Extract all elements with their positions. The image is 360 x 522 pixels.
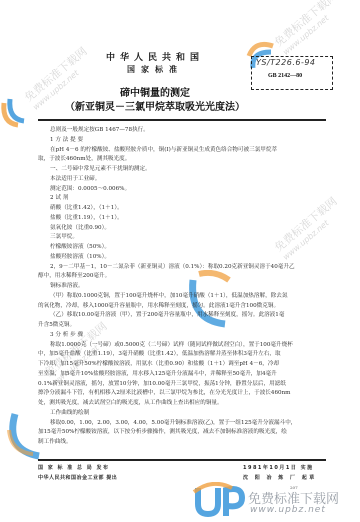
body-line: 盐酸羟胺溶液（10%）。 xyxy=(38,253,338,263)
body-line: 本法适用于工业碲。 xyxy=(38,175,338,185)
body-line: 取，于波长460nm处，测其吸光度。 xyxy=(38,155,326,165)
body-line: 下冷却，加15毫升50%柠檬酸铵溶液，用氨水（比重0.90）和盐酸（1＋1）调至… xyxy=(38,360,326,370)
body-line: 升含5微克铜。 xyxy=(38,321,326,331)
body-line: 2，9－二甲基－1，10－二氮杂菲（新亚铜灵）溶液（0.1%）：称取0.20克新… xyxy=(38,263,338,273)
body-line: 工作曲线的绘制 xyxy=(38,409,338,419)
body-line: 醇中，用水稀释至200毫升。 xyxy=(38,272,326,282)
up-logo-icon xyxy=(192,482,248,518)
body-line: 柠檬酸铵溶液（50%）。 xyxy=(38,243,338,253)
body-line: 中，加5毫升盐酸（比重1.19），3毫升硝酸（比重1.42），低温加热溶解并蒸至… xyxy=(38,350,326,360)
up-logo-icon xyxy=(0,95,36,131)
body-line: 一、二号碲中常见元素不干扰铜的测定。 xyxy=(38,165,338,175)
handwritten-code: YS/T226.6-94 xyxy=(256,58,316,67)
standard-code-box: YS/T226.6-94 GB 2142—80 xyxy=(251,56,333,90)
body-line: 加15毫升50%柠檬酸铵溶液，以下按分析步骤操作，测其吸光度，减去不加铜标准溶液… xyxy=(38,428,326,438)
drafter-label: 沈 阳 冶 炼 厂 起草 xyxy=(243,474,317,481)
body-line: 至室温，加5毫升10%盐酸羟胺溶液，用水移入125毫升分液漏斗中，并稀释至50毫… xyxy=(38,370,326,380)
gb-standard-code: GB 2142—80 xyxy=(268,73,302,79)
body-line: 2 试 剂 xyxy=(38,194,338,204)
body-line: 3 分 析 步 骤 xyxy=(38,331,338,341)
body-line: 三氯甲烷。 xyxy=(38,233,338,243)
country-heading: 中华人民共和国 xyxy=(85,50,225,63)
body-line: 在pH 4－6 的柠檬酸铵、盐酸羟胺介质中，铜(Ⅰ)与新亚铜灵生成黄色络合物可被… xyxy=(38,146,338,156)
watermark-text: 免费标准下载网www.upbz.net xyxy=(271,0,346,57)
body-line: 总则及一般规定按GB 1467—78执行。 xyxy=(38,126,338,136)
body-line: 称取1.0000克（一号碲）或0.5000克（二号碲）试样（随同试样做试剂空白）… xyxy=(38,341,338,351)
body-line: 铜标准溶液。 xyxy=(38,282,338,292)
body-line: 硝酸（比重1.42），（1＋1）。 xyxy=(38,204,338,214)
header-divider xyxy=(38,119,326,121)
body-line: 1 方 法 提 要 xyxy=(38,136,338,146)
watermark-url: www.upbz.net xyxy=(250,505,326,515)
body-line: 0.1%新亚铜灵溶液，摇匀，放置10分钟，加10.00毫升三氯甲烷，振荡1分钟，… xyxy=(38,380,326,390)
body-line: 的氧化物，冷却，移入1000毫升容量瓶中，用水稀释至刻度，摇匀。此溶液1毫升含1… xyxy=(38,302,326,312)
body-line: 移取0.00，1.00，2.00，3.00，4.00，5.00毫升铜标准溶液(乙… xyxy=(38,419,338,429)
body-line: 测定范围：0.0005～0.006%。 xyxy=(38,185,338,195)
proposer-label: 中华人民共和国冶金工业部 提出 xyxy=(38,474,117,481)
body-line: （甲）称取0.1000克铜，置于100毫升烧杯中，加10毫升硝酸（1＋1），低温… xyxy=(38,292,338,302)
document-title: 碲中铜量的测定 xyxy=(60,84,250,99)
body-line: 制工作曲线。 xyxy=(38,438,326,448)
body-line: （乙）移取10.00毫升溶液（甲），置于200毫升容量瓶中，用水稀释至刻度，摇匀… xyxy=(38,311,338,321)
body-line: 处，测其吸光度，减去试剂空白的吸光度，从工作曲线上查出相应的铜量。 xyxy=(38,399,326,409)
body-line: 氨氧化铵（比重0.90）。 xyxy=(38,224,338,234)
standard-type-heading: 国家标准 xyxy=(85,64,225,75)
effective-date: 1981年10月1日 实施 xyxy=(243,464,314,471)
document-page: 免费标准下载网www.upbz.net 免费标准下载网www.upbz.net … xyxy=(0,0,360,522)
document-subtitle: （新亚铜灵－三氯甲烷萃取吸光光度法） xyxy=(40,98,270,113)
body-line: 擦净分液漏斗下管，有机相移入2厘米比液槽中，以三氯甲烷为参比，在分光光度计上，于… xyxy=(38,389,326,399)
footer-divider xyxy=(38,459,326,461)
issuer-label: 国 家 标 准 总 局 发布 xyxy=(38,464,109,471)
body-line: 盐酸（比重1.19），（1＋1）。 xyxy=(38,214,338,224)
